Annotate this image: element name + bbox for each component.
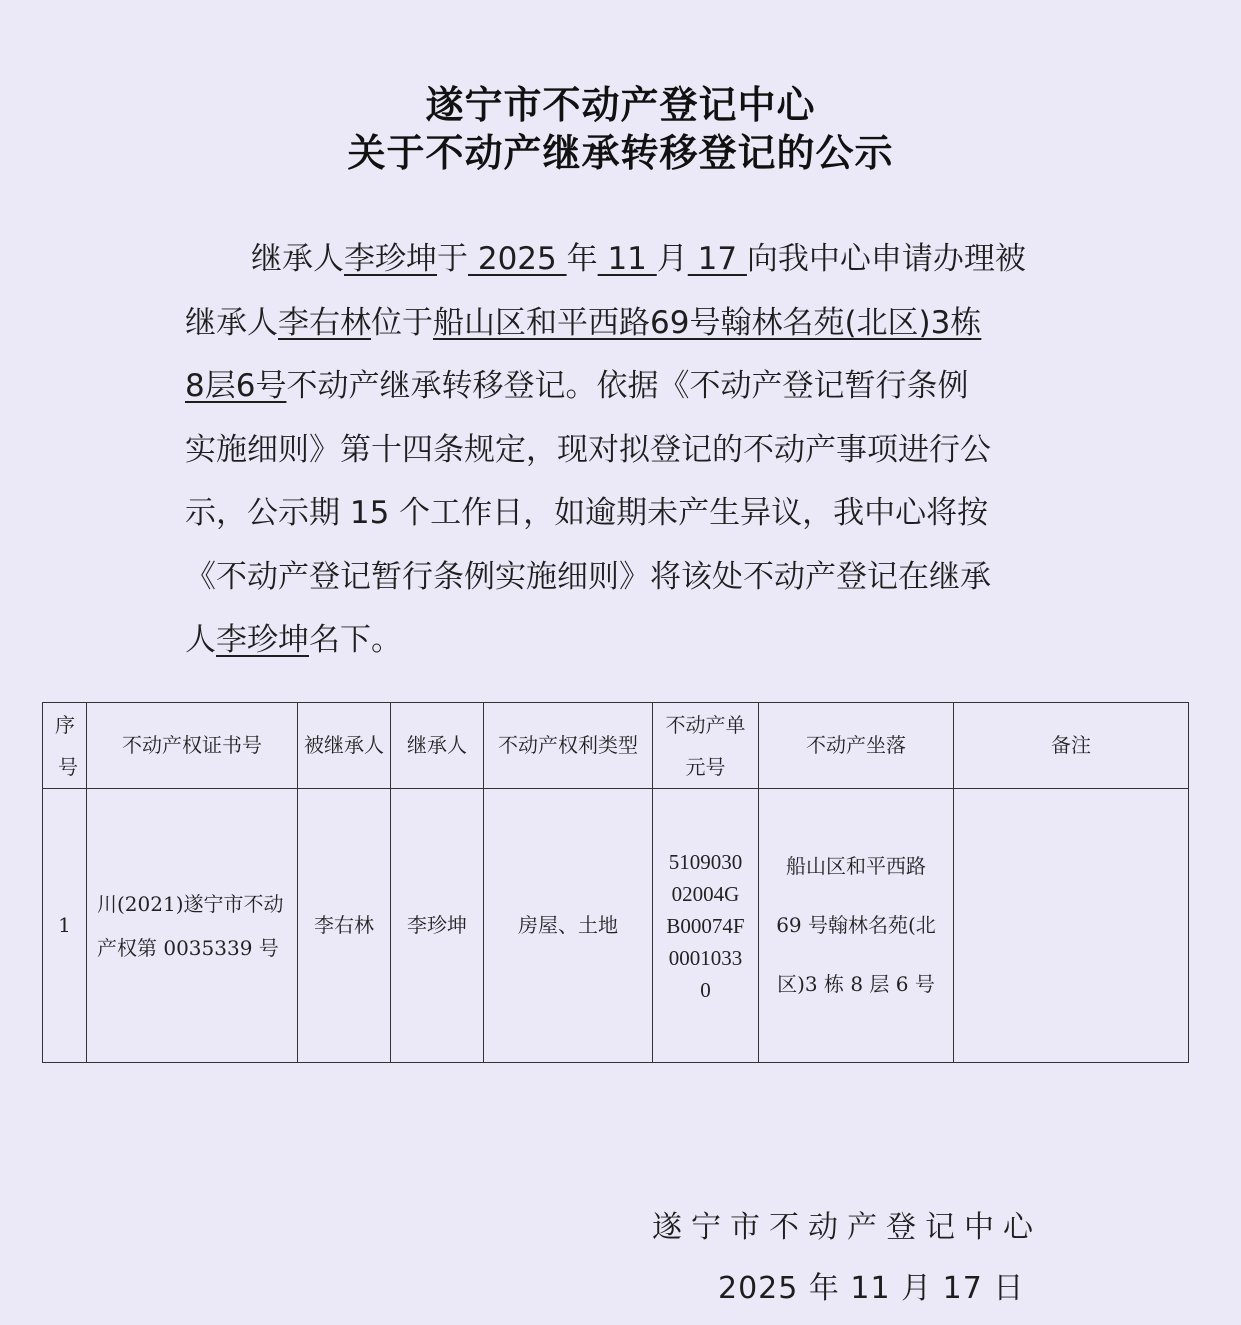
table-row: 1 川(2021)遂宁市不动 产权第 0035339 号 李右林 李珍坤 房屋、… xyxy=(43,789,1189,1063)
heir-name: 李珍坤 xyxy=(344,241,437,277)
notice-line-6: 《不动产登记暂行条例实施细则》将该处不动产登记在继承 xyxy=(185,546,1051,610)
decedent-name: 李右林 xyxy=(278,305,371,341)
signature-date: 2025 年 11 月 17 日 xyxy=(718,1263,1024,1307)
cell-remarks xyxy=(954,789,1189,1063)
cell-unit-no: 5109030 02004G B00074F 0001033 0 xyxy=(653,789,759,1063)
notice-body: 继承人李珍坤于 2025 年 11 月 17 向我中心申请办理被 继承人李右林位… xyxy=(185,228,1051,673)
notice-line-2: 继承人李右林位于船山区和平西路69号翰林名苑(北区)3栋 xyxy=(185,292,1051,356)
heir-name: 李珍坤 xyxy=(216,622,309,658)
registration-table: 序 号 不动产权证书号 被继承人 继承人 不动产权利类型 不动产单 元号 不动产… xyxy=(42,702,1189,1063)
notice-line-4: 实施细则》第十四条规定，现对拟登记的不动产事项进行公 xyxy=(185,419,1051,483)
cell-right-type: 房屋、土地 xyxy=(484,789,653,1063)
cell-location: 船山区和平西路 69 号翰林名苑(北 区)3 栋 8 层 6 号 xyxy=(759,789,954,1063)
header-heir: 继承人 xyxy=(391,703,484,789)
header-unit-no: 不动产单 元号 xyxy=(653,703,759,789)
document-title-line2: 关于不动产继承转移登记的公示 xyxy=(0,130,1241,176)
application-month: 11 xyxy=(598,241,657,277)
cell-decedent: 李右林 xyxy=(298,789,391,1063)
notice-line-3: 8层6号不动产继承转移登记。依据《不动产登记暂行条例 xyxy=(185,355,1051,419)
cell-cert-no: 川(2021)遂宁市不动 产权第 0035339 号 xyxy=(87,789,298,1063)
application-day: 17 xyxy=(688,241,747,277)
document-title-line1: 遂宁市不动产登记中心 xyxy=(0,82,1241,128)
cell-seq: 1 xyxy=(43,789,87,1063)
header-decedent: 被继承人 xyxy=(298,703,391,789)
header-location: 不动产坐落 xyxy=(759,703,954,789)
header-right-type: 不动产权利类型 xyxy=(484,703,653,789)
cell-heir: 李珍坤 xyxy=(391,789,484,1063)
notice-line-7: 人李珍坤名下。 xyxy=(185,609,1051,673)
header-cert-no: 不动产权证书号 xyxy=(87,703,298,789)
header-seq: 序 号 xyxy=(43,703,87,789)
property-location-part2: 8层6号 xyxy=(185,368,286,404)
notice-line-5: 示，公示期 15 个工作日，如逾期未产生异议，我中心将按 xyxy=(185,482,1051,546)
notice-line-1: 继承人李珍坤于 2025 年 11 月 17 向我中心申请办理被 xyxy=(185,228,1051,292)
table-header-row: 序 号 不动产权证书号 被继承人 继承人 不动产权利类型 不动产单 元号 不动产… xyxy=(43,703,1189,789)
property-location-part1: 船山区和平西路69号翰林名苑(北区)3栋 xyxy=(433,305,981,341)
signature-organization: 遂宁市不动产登记中心 xyxy=(652,1202,1042,1246)
application-year: 2025 xyxy=(468,241,567,277)
header-remarks: 备注 xyxy=(954,703,1189,789)
